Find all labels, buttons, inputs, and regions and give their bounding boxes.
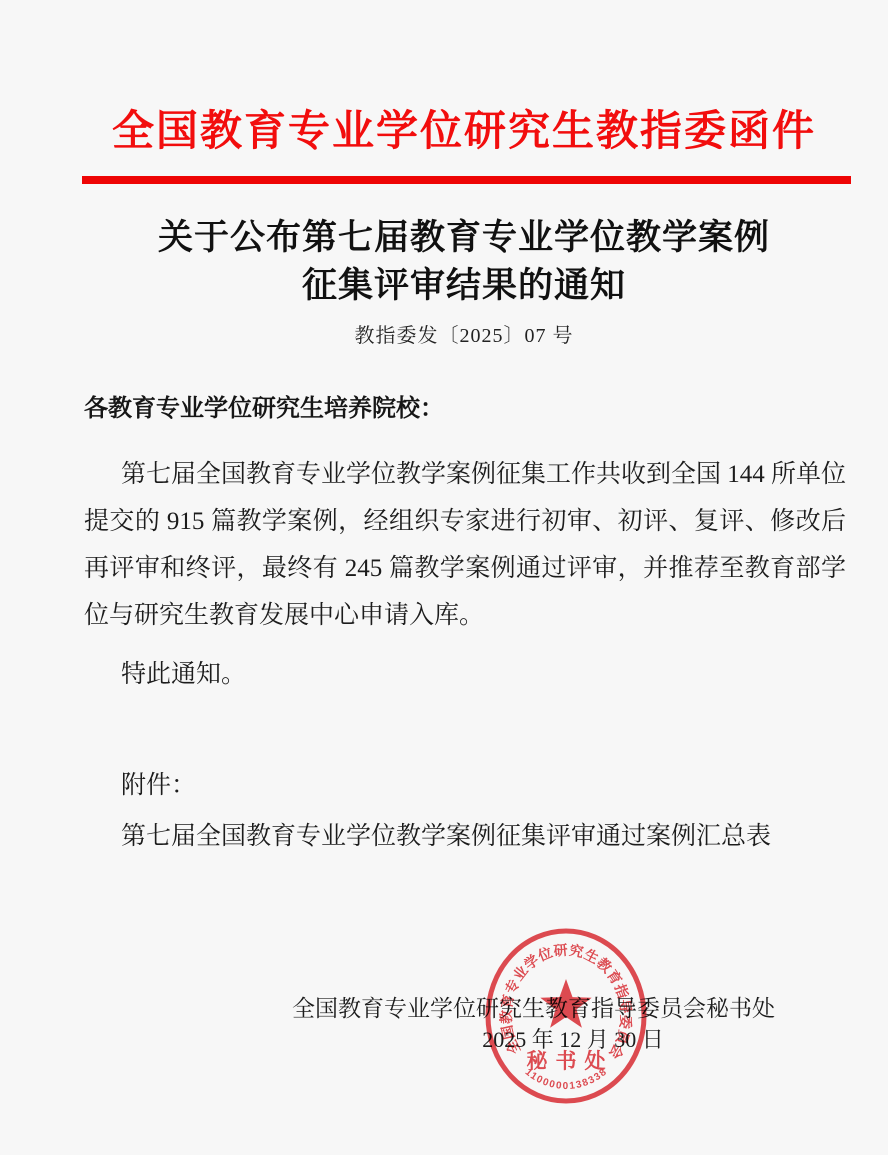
salutation: 各教育专业学位研究生培养院校： (84, 394, 846, 424)
signature-org: 全国教育专业学位研究生教育指导委员会秘书处 (84, 994, 775, 1024)
notice-title-line2: 征集评审结果的通知 (84, 262, 844, 310)
letterhead-title: 全国教育专业学位研究生教指委函件 (84, 96, 844, 166)
seal-serial-number: 1100000138338 (523, 1066, 610, 1092)
attachment-title: 第七届全国教育专业学位教学案例征集评审通过案例汇总表 (84, 813, 846, 860)
notice-title: 关于公布第七届教育专业学位教学案例 征集评审结果的通知 (84, 214, 844, 310)
doc-number: 教指委发〔2025〕07 号 (84, 322, 844, 350)
notice-title-line1: 关于公布第七届教育专业学位教学案例 (84, 214, 844, 262)
notice-document: 全国教育专业学位研究生教指委函件 关于公布第七届教育专业学位教学案例 征集评审结… (0, 0, 888, 1155)
body-paragraph: 第七届全国教育专业学位教学案例征集工作共收到全国 144 所单位提交的 915 … (84, 451, 846, 639)
signature-date: 2025 年 12 月 30 日 (482, 1025, 664, 1055)
closing-line: 特此通知。 (84, 651, 846, 698)
attachment-label: 附件： (84, 762, 846, 809)
letterhead-divider (82, 176, 851, 184)
